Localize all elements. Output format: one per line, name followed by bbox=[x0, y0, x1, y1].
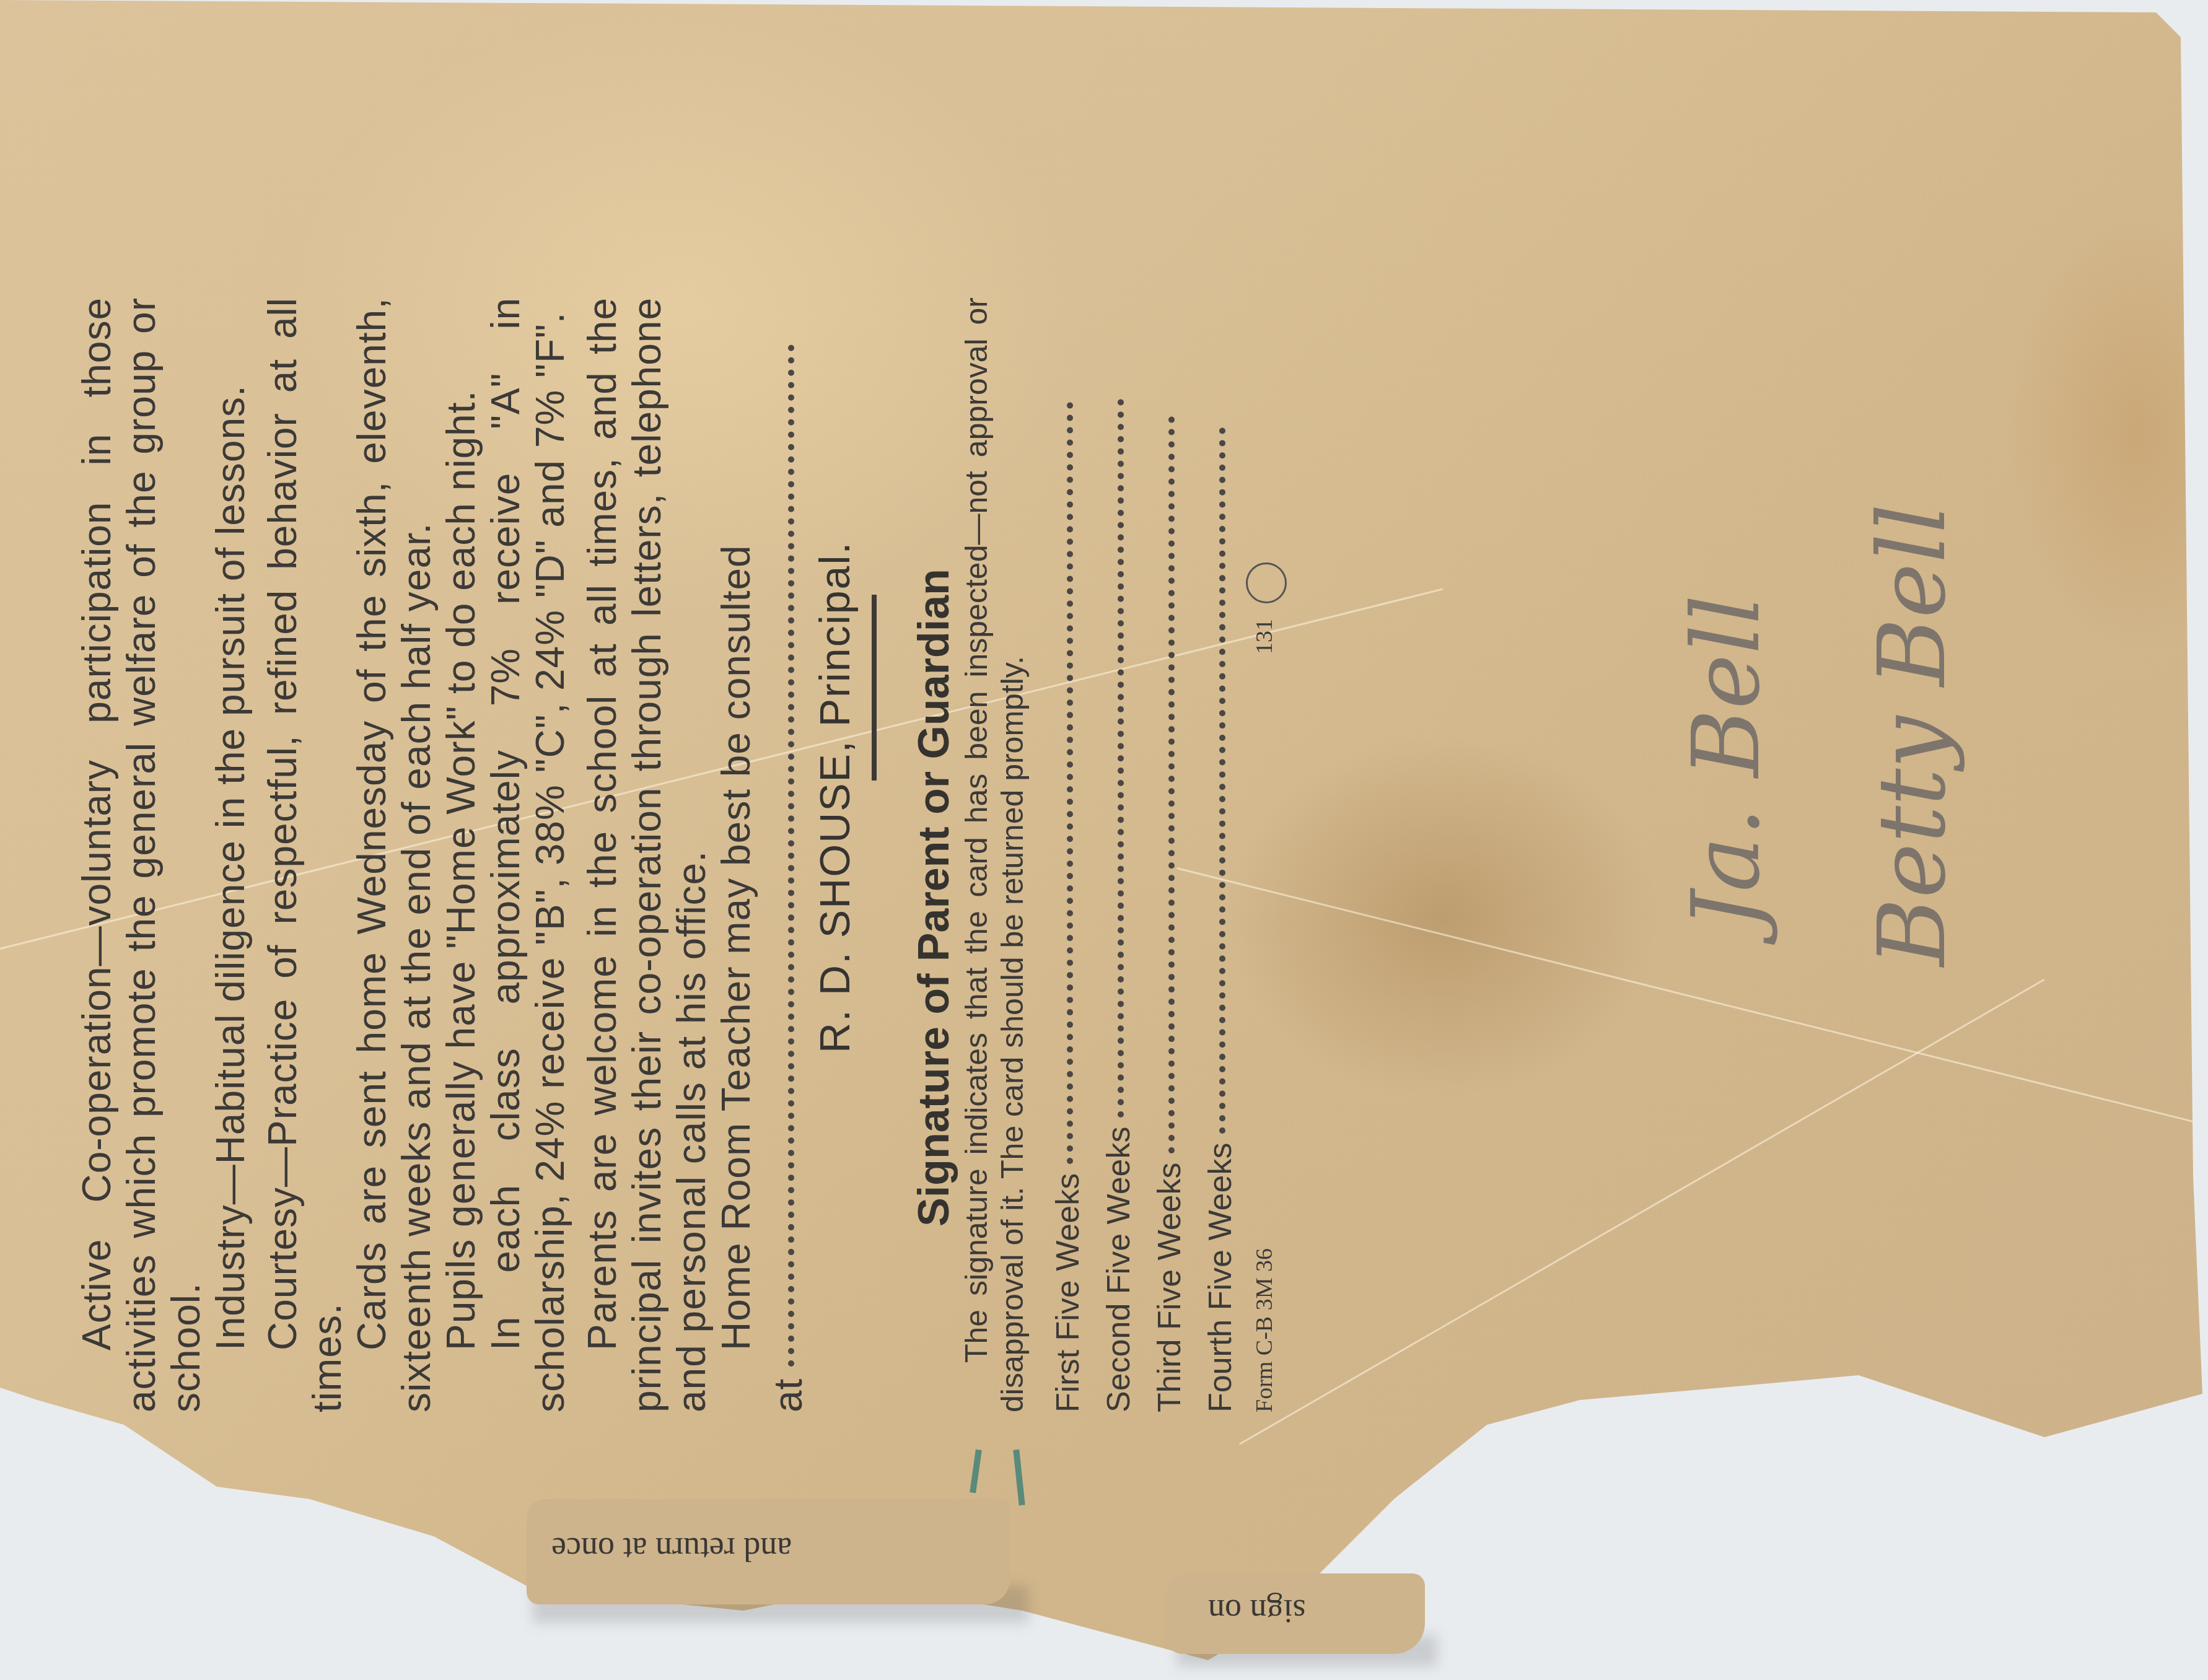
consult-location-line: at bbox=[766, 297, 810, 1412]
report-card-paper: Active Co-operation—voluntary participat… bbox=[0, 0, 2208, 1680]
paragraph-grade-distribution: In each class approximately 7% receive "… bbox=[483, 297, 572, 1412]
paragraph-home-room-teacher: Home Room Teacher may best be consulted bbox=[714, 297, 758, 1412]
form-footer: Form C-B 3M 36 131 bbox=[1246, 297, 1287, 1412]
paragraph-home-work: Pupils generally have "Home Work" to do … bbox=[439, 297, 483, 1412]
paragraph-active-cooperation: Active Co-operation—voluntary participat… bbox=[74, 297, 208, 1412]
signature-row-fourth: Fourth Five Weeks bbox=[1195, 297, 1246, 1412]
torn-fragment: and return at once bbox=[527, 1499, 1010, 1604]
signature-instructions: The signature indicates that the card ha… bbox=[958, 297, 1030, 1412]
signature-row-first: First Five Weeks bbox=[1043, 297, 1093, 1412]
pencil-signature-third: Betty Bell bbox=[1859, 504, 1966, 966]
signature-row-second: Second Five Weeks bbox=[1093, 297, 1144, 1412]
printer-mark: 131 bbox=[1251, 619, 1277, 654]
row-label: Second Five Weeks bbox=[1101, 1127, 1137, 1412]
row-label: Third Five Weeks bbox=[1152, 1162, 1188, 1412]
fragment-text-return-at-once: and return at once bbox=[551, 1530, 792, 1568]
pencil-signature-first: Ja. Bell bbox=[1673, 595, 1781, 929]
union-label-icon bbox=[1246, 562, 1287, 603]
consult-location-blank[interactable] bbox=[788, 344, 794, 1367]
paragraph-cards-sent-home: Cards are sent home Wednesday of the six… bbox=[349, 297, 439, 1412]
consult-at-label: at bbox=[766, 1378, 810, 1412]
signature-blank-second[interactable] bbox=[1118, 399, 1124, 1118]
ink-mark bbox=[970, 1450, 982, 1494]
form-number: Form C-B 3M 36 bbox=[1251, 1248, 1277, 1412]
ink-mark bbox=[1013, 1450, 1025, 1506]
signature-row-third: Third Five Weeks bbox=[1144, 297, 1195, 1412]
paragraph-industry: Industry—Habitual diligence in the pursu… bbox=[208, 297, 253, 1412]
signature-blank-first[interactable] bbox=[1067, 402, 1073, 1164]
torn-fragment: sign on bbox=[1165, 1573, 1425, 1654]
paragraph-parents-welcome: Parents are welcome in the school at all… bbox=[580, 297, 714, 1412]
principal-name: R. D. SHOUSE, Principal. bbox=[812, 541, 859, 1053]
row-label: Fourth Five Weeks bbox=[1203, 1143, 1238, 1412]
fragment-text-sign-on: sign on bbox=[1208, 1592, 1306, 1630]
signature-blank-third[interactable] bbox=[1168, 416, 1175, 1153]
paragraph-courtesy: Courtesy—Practice of respectful, refined… bbox=[260, 297, 349, 1412]
divider-rule bbox=[872, 595, 877, 781]
signature-section-title: Signature of Parent or Guardian bbox=[909, 297, 958, 1412]
signature-blank-fourth[interactable] bbox=[1219, 427, 1225, 1134]
row-label: First Five Weeks bbox=[1050, 1173, 1086, 1412]
